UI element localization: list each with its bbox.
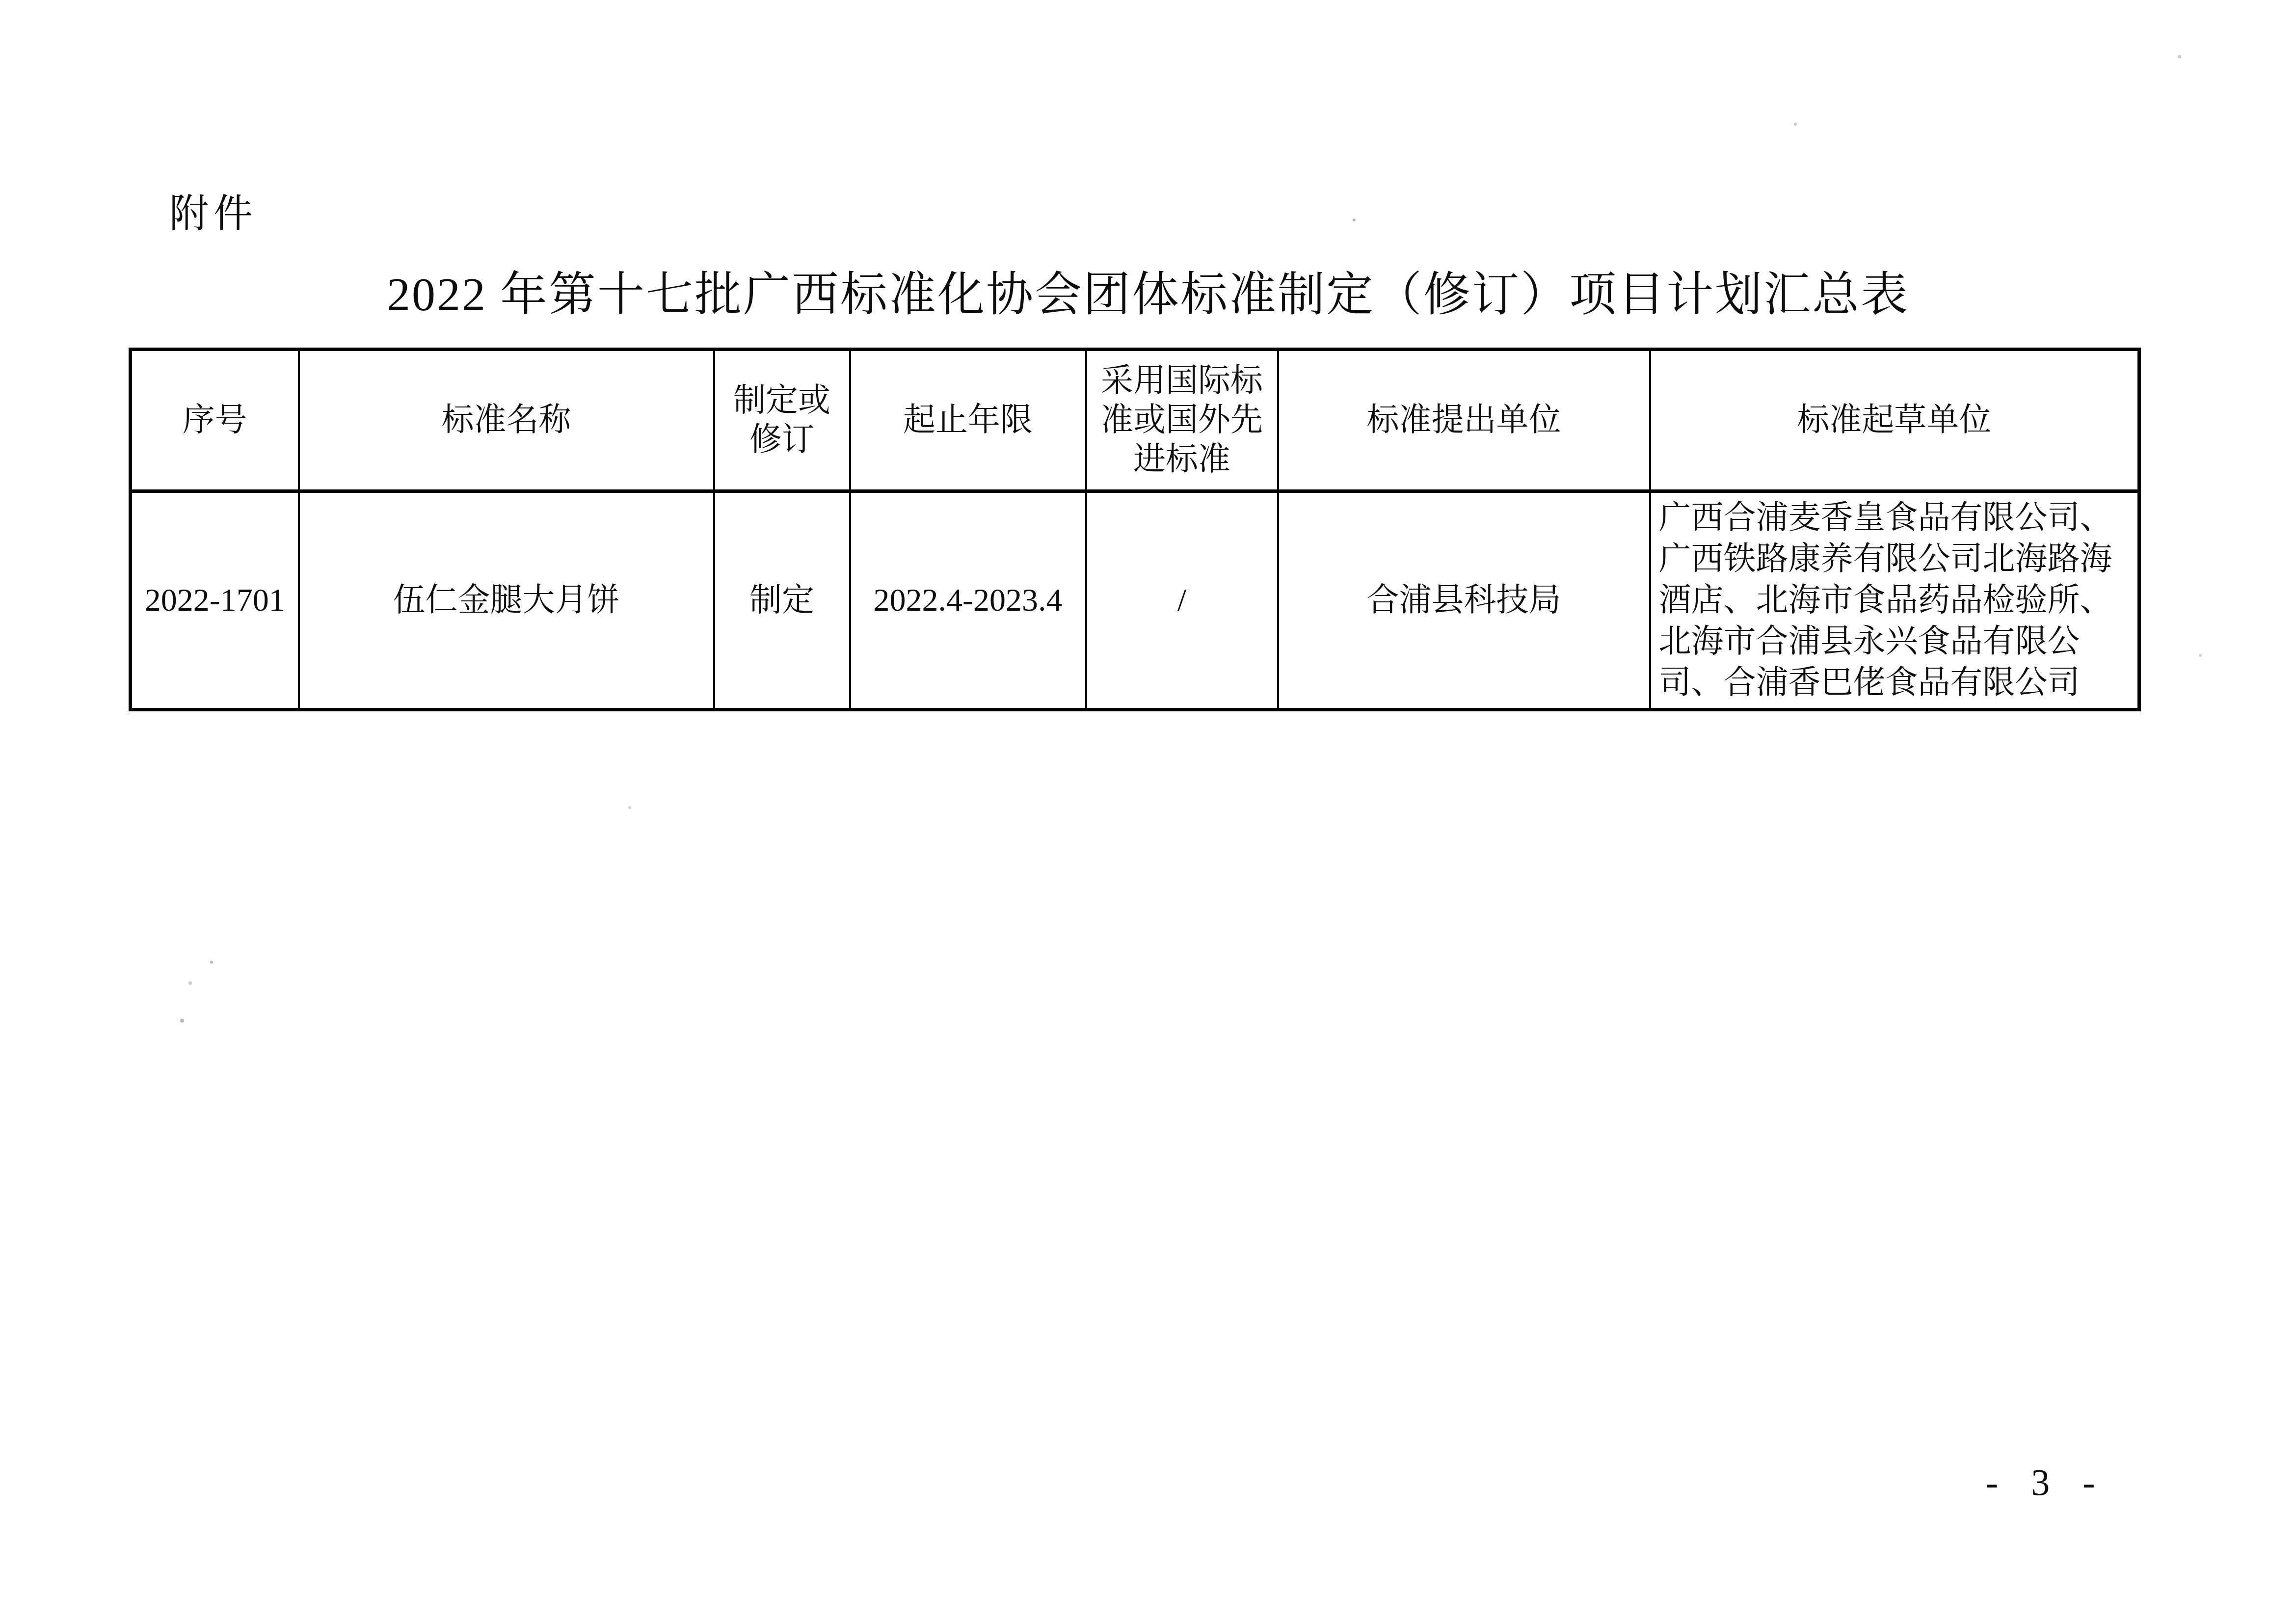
column-header-establish-or-revise: 制定或 修订 xyxy=(714,350,850,491)
column-header-drafting-unit: 标准起草单位 xyxy=(1650,350,2139,491)
cell-drafting-units: 广西合浦麦香皇食品有限公司、 广西铁路康养有限公司北海路海 酒店、北海市食品药品… xyxy=(1650,491,2139,710)
scan-speck xyxy=(1794,123,1797,126)
scan-speck xyxy=(1353,218,1356,221)
cell-seq-no: 2022-1701 xyxy=(131,491,299,710)
page-number: - 3 - xyxy=(1986,1461,2107,1505)
column-header-time-range: 起止年限 xyxy=(850,350,1086,491)
column-header-proposing-unit: 标准提出单位 xyxy=(1278,350,1650,491)
scan-speck xyxy=(188,981,192,985)
cell-establish-or-revise: 制定 xyxy=(714,491,850,710)
scan-speck xyxy=(2199,654,2202,657)
cell-standard-name: 伍仁金腿大月饼 xyxy=(299,491,714,710)
document-page: 附件 2022 年第十七批广西标准化协会团体标准制定（修订）项目计划汇总表 序号… xyxy=(0,0,2296,1623)
scan-speck xyxy=(180,1019,184,1023)
table-header-row: 序号 标准名称 制定或 修订 起止年限 采用国际标 准或国外先 进标准 标准提出… xyxy=(131,350,2139,491)
column-header-standard-name: 标准名称 xyxy=(299,350,714,491)
cell-time-range: 2022.4-2023.4 xyxy=(850,491,1086,710)
attachment-label: 附件 xyxy=(169,190,258,238)
table-row: 2022-1701 伍仁金腿大月饼 制定 2022.4-2023.4 / 合浦县… xyxy=(131,491,2139,710)
plan-summary-table: 序号 标准名称 制定或 修订 起止年限 采用国际标 准或国外先 进标准 标准提出… xyxy=(129,348,2141,711)
cell-adopt-intl-standard: / xyxy=(1086,491,1278,710)
column-header-seq-no: 序号 xyxy=(131,350,299,491)
column-header-adopt-intl-standard: 采用国际标 准或国外先 进标准 xyxy=(1086,350,1278,491)
scan-speck xyxy=(210,961,213,964)
page-title: 2022 年第十七批广西标准化协会团体标准制定（修订）项目计划汇总表 xyxy=(0,265,2296,324)
cell-proposing-unit: 合浦县科技局 xyxy=(1278,491,1650,710)
scan-speck xyxy=(2178,55,2181,58)
scan-speck xyxy=(628,806,631,809)
